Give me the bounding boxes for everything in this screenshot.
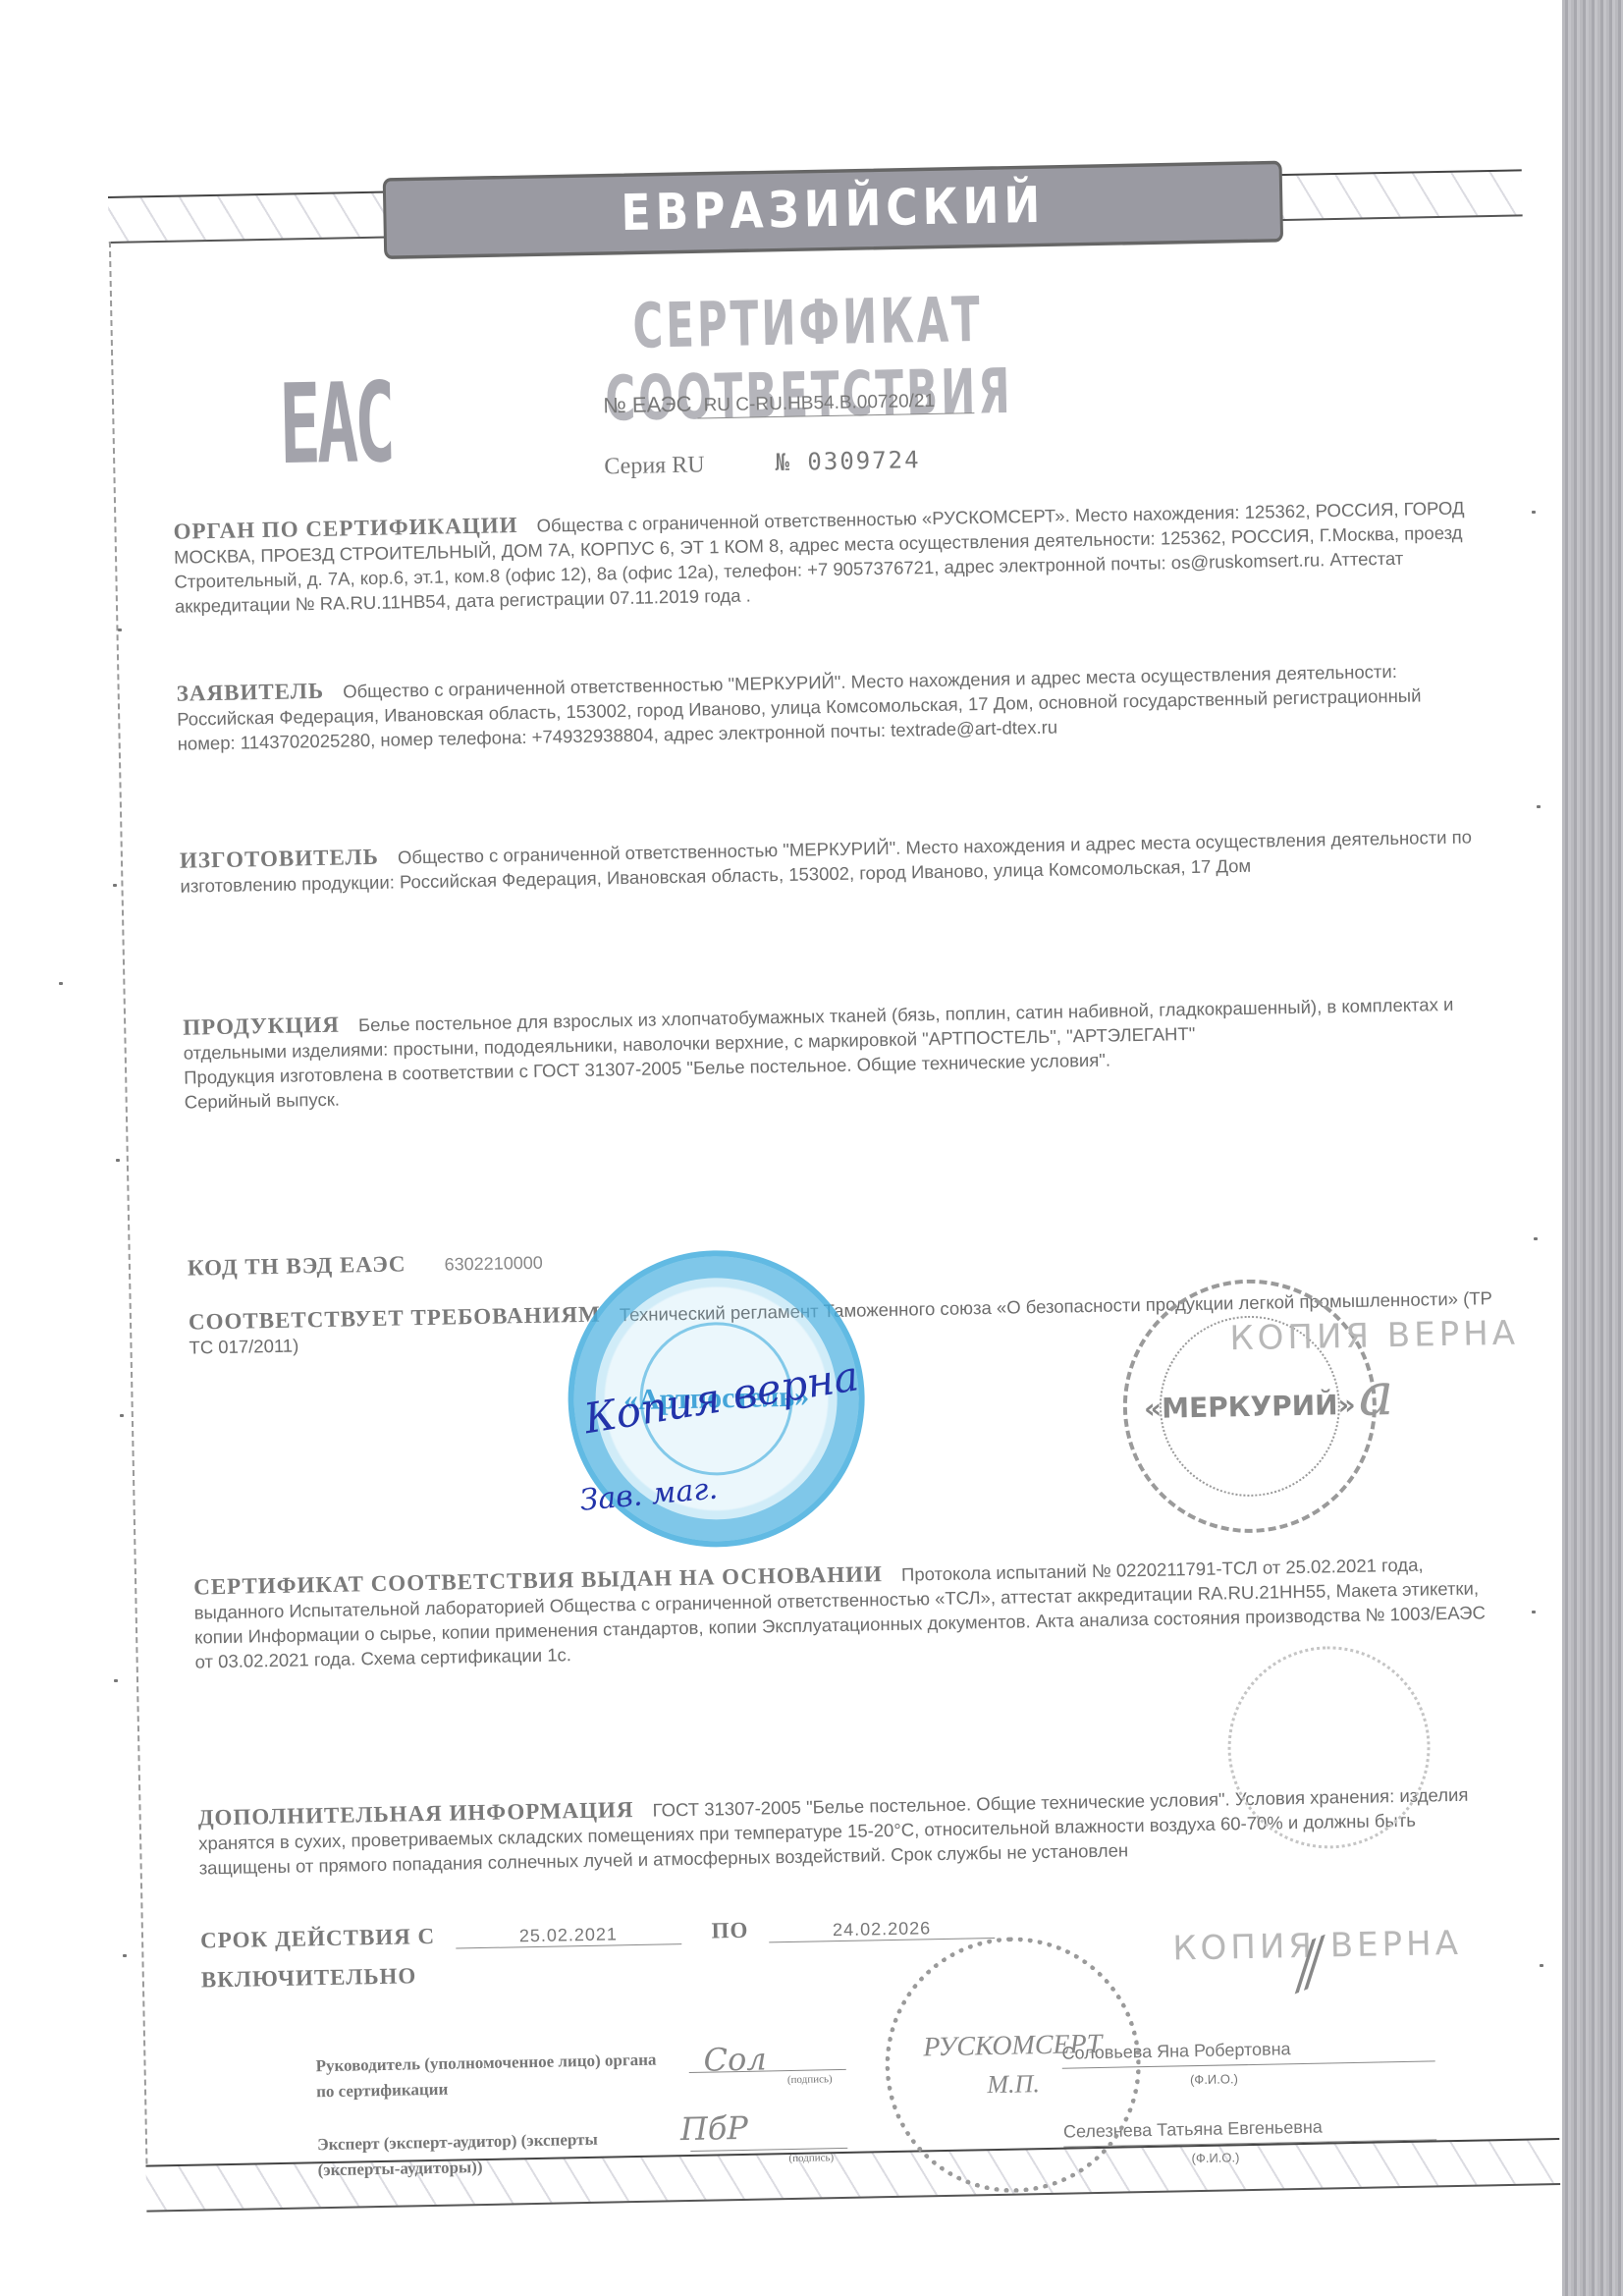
handwritten-signature-head: Сол xyxy=(703,2040,767,2078)
scan-speck xyxy=(120,1414,124,1417)
handwritten-signature-expert: ПбР xyxy=(680,2109,749,2148)
series-value: RU xyxy=(672,452,705,478)
certificate-page: ЕВРАЗИЙСКИЙ ЭКОНОМИЧЕСКИЙ СОЮЗ СЕРТИФИКА… xyxy=(108,169,1591,2249)
section-hs-code: КОД ТН ВЭД ЕАЭС 6302210000 xyxy=(188,1230,1493,1283)
stamp-text: РУСКОМСЕРТ xyxy=(923,2029,1103,2063)
section-label: ПРОДУКЦИЯ xyxy=(183,1012,340,1040)
stamp-text: «МЕРКУРИЙ» xyxy=(1144,1388,1356,1424)
stamp-mp: М.П. xyxy=(987,2069,1040,2100)
section-text: Общество с ограниченной ответственностью… xyxy=(177,661,1422,754)
fio-caption: (Ф.И.О.) xyxy=(1190,2071,1238,2087)
hs-code-value: 6302210000 xyxy=(444,1253,542,1275)
signature-caption: (подпись) xyxy=(787,2073,833,2086)
scan-speck xyxy=(1540,1964,1543,1967)
scan-speck xyxy=(114,1679,118,1682)
fio-caption: (Ф.И.О.) xyxy=(1191,2150,1239,2165)
scan-speck xyxy=(1537,805,1541,808)
series: Серия RU № 0309724 xyxy=(604,446,921,480)
series-label: Серия xyxy=(604,453,666,479)
eac-logo-icon: EAC xyxy=(278,358,393,489)
validity-from-date: 25.02.2021 xyxy=(456,1923,681,1948)
copy-true-mark: КОПИЯ ВЕРНА xyxy=(1229,1314,1519,1359)
scan-speck xyxy=(118,629,122,631)
blank-number: № 0309724 xyxy=(775,446,921,476)
section-manufacturer: ИЗГОТОВИТЕЛЬ Общество с ограниченной отв… xyxy=(180,823,1487,899)
reg-prefix: № ЕАЭС xyxy=(603,392,692,418)
scan-speck xyxy=(1532,511,1536,514)
section-label: ЗАЯВИТЕЛЬ xyxy=(176,679,324,706)
section-label: СООТВЕТСТВУЕТ ТРЕБОВАНИЯМ xyxy=(189,1302,601,1335)
scan-speck xyxy=(116,1159,120,1162)
signature-caption: (подпись) xyxy=(788,2152,834,2164)
section-applicant: ЗАЯВИТЕЛЬ Общество с ограниченной ответс… xyxy=(176,656,1483,756)
expert-role: Эксперт (эксперт-аудитор) (эксперты (экс… xyxy=(317,2125,672,2183)
validity-to-label: ПО xyxy=(711,1918,748,1943)
validity-inclusive-label: ВКЛЮЧИТЕЛЬНО xyxy=(201,1952,1009,1994)
section-label: ОРГАН ПО СЕРТИФИКАЦИИ xyxy=(173,513,517,544)
section-product: ПРОДУКЦИЯ Белье постельное для взрослых … xyxy=(183,990,1490,1115)
validity-period: СРОК ДЕЙСТВИЯ С 25.02.2021 ПО 24.02.2026… xyxy=(200,1913,1009,1994)
section-label: ИЗГОТОВИТЕЛЬ xyxy=(180,845,379,873)
head-role: Руководитель (уполномоченное лицо) орган… xyxy=(315,2047,670,2105)
section-certification-body: ОРГАН ПО СЕРТИФИКАЦИИ Общества с огранич… xyxy=(173,494,1481,619)
scan-speck xyxy=(1534,1237,1538,1240)
frame-left-border xyxy=(109,242,148,2164)
section-label: КОД ТН ВЭД ЕАЭС xyxy=(188,1251,406,1280)
scan-speck xyxy=(59,982,63,985)
union-banner: ЕВРАЗИЙСКИЙ ЭКОНОМИЧЕСКИЙ СОЮЗ xyxy=(383,161,1283,259)
scan-speck xyxy=(1532,1611,1536,1613)
validity-to-date: 24.02.2026 xyxy=(769,1917,995,1942)
handwritten-signature: a xyxy=(1358,1360,1394,1430)
scan-speck xyxy=(113,884,117,887)
validity-from-label: СРОК ДЕЙСТВИЯ С xyxy=(200,1924,435,1953)
scan-speck xyxy=(123,1954,127,1957)
